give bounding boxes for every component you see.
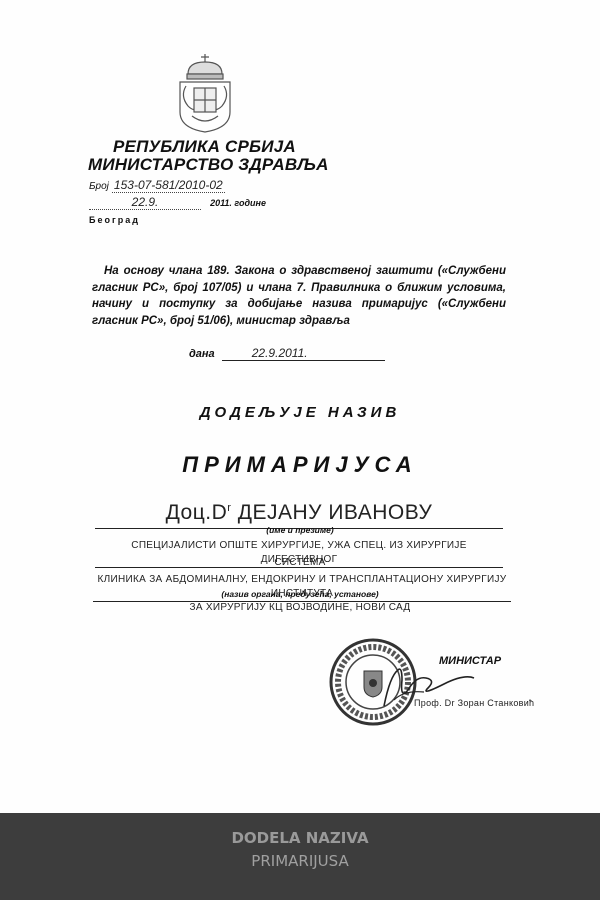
caption-line-2: PRIMARIJUSA — [0, 852, 600, 870]
caption-bar: DODELA NAZIVA PRIMARIJUSA — [0, 813, 600, 900]
institution-caption: (назив органа, предузећа, установе) — [0, 589, 600, 599]
preamble-paragraph: На основу члана 189. Закона о здравствен… — [92, 263, 506, 329]
institution-line-2: ЗА ХИРУРГИЈУ КЦ ВОЈВОДИНЕ, НОВИ САД — [95, 601, 505, 615]
grant-heading: ДОДЕЉУЈЕ НАЗИВ — [0, 404, 600, 421]
signatory-name: Проф. Dr Зоран Станковић — [414, 698, 534, 708]
recipient-caption: (име и презиме) — [0, 525, 600, 535]
document-number: Број 153-07-581/2010-02 — [89, 178, 225, 192]
date-line-value: 22.9.2011. — [222, 346, 385, 361]
recipient-name: Доц.Dr ДЕЈАНУ ИВАНОВУ — [95, 493, 503, 529]
ministry-title: МИНИСТАРСТВО ЗДРАВЉА — [88, 156, 329, 174]
specialization-line-2: СИСТЕМА — [95, 556, 505, 570]
city: Београд — [89, 215, 140, 225]
number-value: 153-07-581/2010-02 — [112, 178, 225, 193]
date-line: дана 22.9.2011. — [189, 346, 385, 361]
issue-date-value: 22.9. — [89, 195, 201, 210]
date-line-label: дана — [189, 348, 215, 360]
coat-of-arms-icon — [168, 52, 242, 134]
issue-date: 22.9. 2011. године — [89, 195, 266, 210]
republic-title: РЕПУБЛИКА СРБИЈА — [113, 138, 296, 156]
recipient-prefix: Доц.D — [166, 501, 228, 524]
certificate-document: РЕПУБЛИКА СРБИЈА МИНИСТАРСТВО ЗДРАВЉА Бр… — [0, 0, 600, 813]
recipient-prefix-sup: r — [227, 502, 231, 514]
recipient-full-name: ДЕЈАНУ ИВАНОВУ — [238, 501, 433, 524]
issue-year: 2011. године — [210, 198, 266, 208]
number-label: Број — [89, 181, 109, 192]
title-primarius: ПРИМАРИЈУСА — [0, 452, 600, 478]
caption-line-1: DODELA NAZIVA — [0, 829, 600, 847]
